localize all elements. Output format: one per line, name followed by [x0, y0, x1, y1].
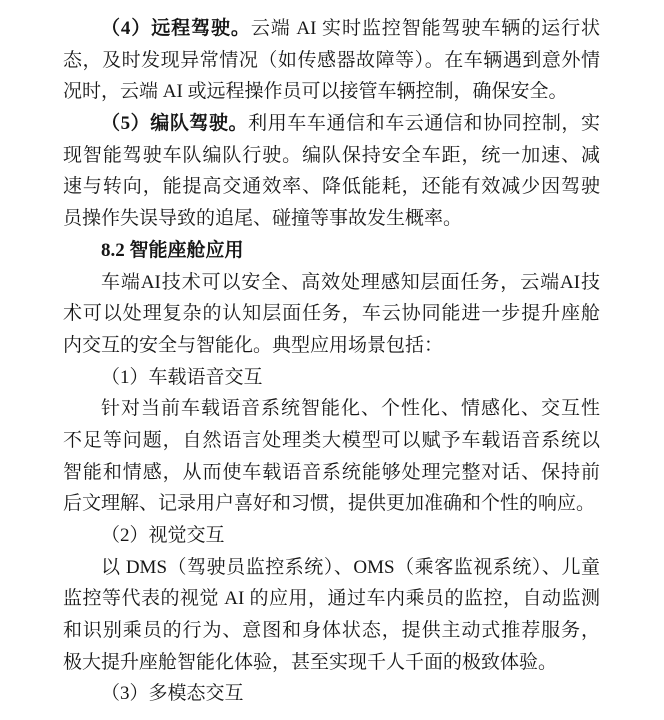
text-run: 车端AI技术可以安全、高效处理感知层面任务，云端AI技: [101, 272, 600, 293]
document-page: （4）远程驾驶。云端 AI 实时监控智能驾驶车辆的运行状态，及时发现异常情况（如…: [0, 0, 664, 720]
text-line: 况时，云端 AI 或远程操作员可以接管车辆控制，确保安全。: [63, 76, 600, 108]
text-run: 后文理解、记录用户喜好和习惯，提供更加准确和个性的响应。: [63, 493, 595, 514]
text-run: 况时，云端 AI 或远程操作员可以接管车辆控制，确保安全。: [63, 81, 568, 102]
text-run: 速与转向，能提高交通效率、降低能耗，还能有效减少因驾驶: [63, 176, 600, 197]
text-run: 内交互的安全与智能化。典型应用场景包括：: [63, 335, 443, 356]
text-run: 利用车车通信和车云通信和协同控制，实: [248, 113, 600, 134]
text-run: 态，及时发现异常情况（如传感器故障等）。在车辆遇到意外情: [63, 50, 600, 71]
text-line: （4）远程驾驶。云端 AI 实时监控智能驾驶车辆的运行状: [63, 13, 600, 45]
text-line: 术可以处理复杂的认知层面任务，车云协同能进一步提升座舱: [63, 298, 600, 330]
text-run: 智能和情感，从而使车载语音系统能够处理完整对话、保持前: [63, 462, 600, 483]
text-line: 监控等代表的视觉 AI 的应用，通过车内乘员的监控，自动监测: [63, 583, 600, 615]
text-run: 以 DMS（驾驶员监控系统）、OMS（乘客监视系统）、儿童: [101, 557, 600, 578]
text-run: 极大提升座舱智能化体验，甚至实现千人千面的极致体验。: [63, 652, 557, 673]
text-run: 不足等问题，自然语言处理类大模型可以赋予车载语音系统以: [63, 430, 600, 451]
bold-text-run: 8.2 智能座舱应用: [101, 240, 244, 261]
text-run: 和识别乘员的行为、意图和身体状态，提供主动式推荐服务，: [63, 620, 600, 641]
text-line: 车端AI技术可以安全、高效处理感知层面任务，云端AI技: [63, 267, 600, 299]
text-line: 速与转向，能提高交通效率、降低能耗，还能有效减少因驾驶: [63, 171, 600, 203]
text-line: （3）多模态交互: [63, 678, 600, 710]
document-text-block: （4）远程驾驶。云端 AI 实时监控智能驾驶车辆的运行状态，及时发现异常情况（如…: [63, 13, 600, 710]
text-line: 不足等问题，自然语言处理类大模型可以赋予车载语音系统以: [63, 425, 600, 457]
text-run: （3）多模态交互: [101, 683, 244, 704]
text-line: 后文理解、记录用户喜好和习惯，提供更加准确和个性的响应。: [63, 488, 600, 520]
text-run: 现智能驾驶车队编队行驶。编队保持安全车距，统一加速、减: [63, 145, 600, 166]
text-line: 和识别乘员的行为、意图和身体状态，提供主动式推荐服务，: [63, 615, 600, 647]
text-line: 针对当前车载语音系统智能化、个性化、情感化、交互性: [63, 393, 600, 425]
text-run: 针对当前车载语音系统智能化、个性化、情感化、交互性: [101, 398, 600, 419]
bold-text-run: （4）远程驾驶。: [101, 18, 251, 39]
text-line: 内交互的安全与智能化。典型应用场景包括：: [63, 330, 600, 362]
text-line: （5）编队驾驶。利用车车通信和车云通信和协同控制，实: [63, 108, 600, 140]
text-line: （2）视觉交互: [63, 520, 600, 552]
text-line: 以 DMS（驾驶员监控系统）、OMS（乘客监视系统）、儿童: [63, 552, 600, 584]
text-line: 现智能驾驶车队编队行驶。编队保持安全车距，统一加速、减: [63, 140, 600, 172]
text-line: （1）车载语音交互: [63, 362, 600, 394]
text-run: 监控等代表的视觉 AI 的应用，通过车内乘员的监控，自动监测: [63, 588, 600, 609]
section-heading: 8.2 智能座舱应用: [63, 235, 600, 267]
text-line: 员操作失误导致的追尾、碰撞等事故发生概率。: [63, 203, 600, 235]
text-line: 极大提升座舱智能化体验，甚至实现千人千面的极致体验。: [63, 647, 600, 679]
text-run: （1）车载语音交互: [101, 367, 263, 388]
text-line: 智能和情感，从而使车载语音系统能够处理完整对话、保持前: [63, 457, 600, 489]
text-run: 云端 AI 实时监控智能驾驶车辆的运行状: [251, 18, 600, 39]
bold-text-run: （5）编队驾驶。: [101, 113, 248, 134]
text-run: 员操作失误导致的追尾、碰撞等事故发生概率。: [63, 208, 462, 229]
text-line: 态，及时发现异常情况（如传感器故障等）。在车辆遇到意外情: [63, 45, 600, 77]
text-run: 术可以处理复杂的认知层面任务，车云协同能进一步提升座舱: [63, 303, 600, 324]
text-run: （2）视觉交互: [101, 525, 225, 546]
